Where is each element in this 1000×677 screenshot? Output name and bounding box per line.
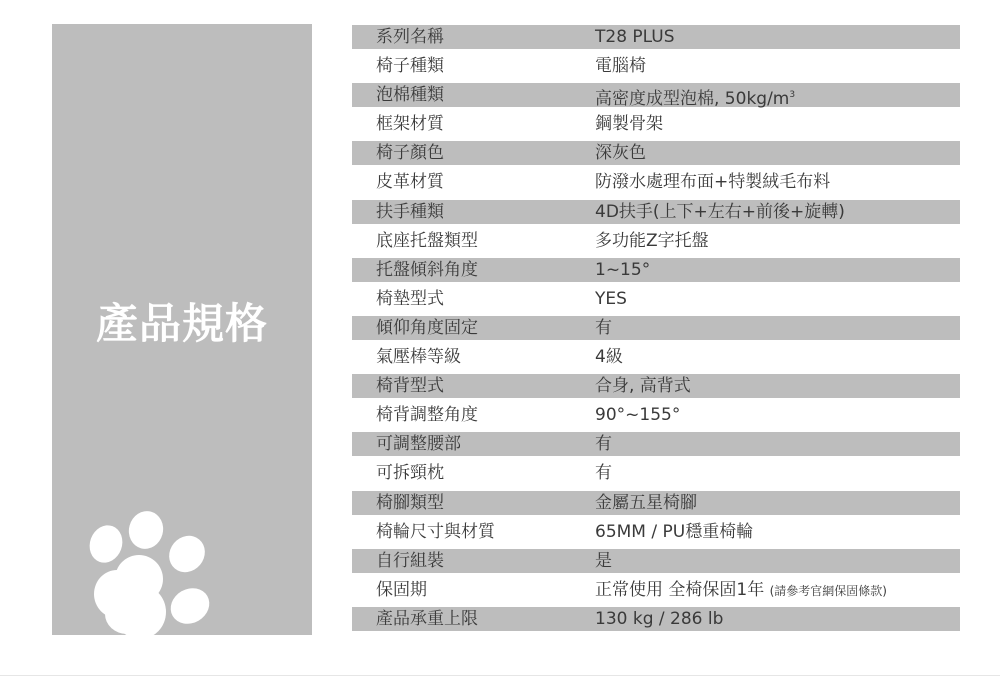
spec-row: 椅子種類電腦椅: [352, 54, 960, 83]
spec-value-text: 1~15°: [595, 260, 650, 280]
spec-value: 合身, 高背式: [595, 374, 691, 398]
spec-label: 托盤傾斜角度: [376, 258, 478, 282]
side-panel: 產品規格: [52, 24, 312, 635]
spec-row: 皮革材質防潑水處理布面+特製絨毛布料: [352, 170, 960, 199]
spec-value: 有: [595, 316, 612, 340]
spec-row: 產品承重上限130 kg / 286 lb: [352, 607, 960, 636]
spec-label: 椅背調整角度: [376, 403, 478, 427]
spec-label: 椅背型式: [376, 374, 444, 398]
spec-label: 氣壓棒等級: [376, 345, 461, 369]
spec-value: 4級: [595, 345, 623, 369]
spec-value-text: 4級: [595, 347, 623, 367]
spec-value-text: 是: [595, 551, 612, 571]
spec-value-text: 電腦椅: [595, 56, 646, 76]
spec-value-text: 有: [595, 434, 612, 454]
spec-label: 椅墊型式: [376, 287, 444, 311]
spec-label: 底座托盤類型: [376, 229, 478, 253]
spec-value: 防潑水處理布面+特製絨毛布料: [595, 170, 830, 194]
spec-label: 可拆頸枕: [376, 461, 444, 485]
spec-value: 65MM / PU穩重椅輪: [595, 520, 753, 544]
spec-note: (請參考官網保固條款): [770, 584, 887, 598]
spec-value-text: YES: [595, 289, 627, 309]
paw-print-icon: [82, 504, 232, 644]
spec-label: 皮革材質: [376, 170, 444, 194]
spec-row: 椅墊型式YES: [352, 287, 960, 316]
spec-value: 1~15°: [595, 258, 650, 282]
spec-label: 椅腳類型: [376, 491, 444, 515]
spec-row: 底座托盤類型多功能Z字托盤: [352, 229, 960, 258]
spec-value: 深灰色: [595, 141, 646, 165]
spec-value-text: 多功能Z字托盤: [595, 231, 709, 251]
spec-value: 130 kg / 286 lb: [595, 607, 723, 631]
spec-value-text: 深灰色: [595, 143, 646, 163]
spec-value: 鋼製骨架: [595, 112, 663, 136]
spec-row: 椅背調整角度90°~155°: [352, 403, 960, 432]
spec-row: 保固期正常使用 全椅保固1年 (請參考官網保固條款): [352, 578, 960, 607]
spec-row: 可調整腰部有: [352, 432, 960, 461]
section-title: 產品規格: [52, 296, 312, 352]
spec-label: 可調整腰部: [376, 432, 461, 456]
divider: [0, 675, 1000, 676]
spec-row: 托盤傾斜角度1~15°: [352, 258, 960, 287]
spec-label: 椅子顏色: [376, 141, 444, 165]
spec-value-text: T28 PLUS: [595, 27, 675, 47]
spec-label: 椅子種類: [376, 54, 444, 78]
spec-row: 可拆頸枕有: [352, 461, 960, 490]
spec-value-text: 65MM / PU穩重椅輪: [595, 522, 753, 542]
spec-row: 椅背型式合身, 高背式: [352, 374, 960, 403]
spec-label: 框架材質: [376, 112, 444, 136]
spec-value-text: 鋼製骨架: [595, 114, 663, 134]
spec-row: 系列名稱T28 PLUS: [352, 25, 960, 54]
spec-value: 正常使用 全椅保固1年 (請參考官網保固條款): [595, 578, 887, 602]
spec-row: 椅子顏色深灰色: [352, 141, 960, 170]
spec-value: 金屬五星椅腳: [595, 491, 697, 515]
spec-row: 框架材質鋼製骨架: [352, 112, 960, 141]
spec-label: 保固期: [376, 578, 427, 602]
spec-label: 扶手種類: [376, 200, 444, 224]
spec-value-text: 高密度成型泡棉, 50kg/m: [595, 89, 789, 109]
spec-value-text: 4D扶手(上下+左右+前後+旋轉): [595, 202, 845, 222]
spec-table: 系列名稱T28 PLUS椅子種類電腦椅泡棉種類高密度成型泡棉, 50kg/m3框…: [352, 25, 960, 636]
spec-label: 自行組裝: [376, 549, 444, 573]
superscript: 3: [789, 90, 795, 100]
spec-label: 產品承重上限: [376, 607, 478, 631]
spec-value: YES: [595, 287, 627, 311]
spec-value: 電腦椅: [595, 54, 646, 78]
spec-row: 泡棉種類高密度成型泡棉, 50kg/m3: [352, 83, 960, 112]
spec-row: 椅輪尺寸與材質65MM / PU穩重椅輪: [352, 520, 960, 549]
spec-value: T28 PLUS: [595, 25, 675, 49]
spec-label: 椅輪尺寸與材質: [376, 520, 495, 544]
spec-value: 是: [595, 549, 612, 573]
spec-value-text: 130 kg / 286 lb: [595, 609, 723, 629]
spec-value-text: 防潑水處理布面+特製絨毛布料: [595, 172, 830, 192]
spec-label: 系列名稱: [376, 25, 444, 49]
spec-row: 扶手種類4D扶手(上下+左右+前後+旋轉): [352, 200, 960, 229]
spec-row: 自行組裝是: [352, 549, 960, 578]
spec-label: 泡棉種類: [376, 83, 444, 107]
spec-value: 多功能Z字托盤: [595, 229, 709, 253]
spec-value: 90°~155°: [595, 403, 680, 427]
spec-value-text: 正常使用 全椅保固1年: [595, 580, 770, 600]
spec-value-text: 有: [595, 318, 612, 338]
spec-row: 氣壓棒等級4級: [352, 345, 960, 374]
spec-value: 有: [595, 461, 612, 485]
spec-row: 傾仰角度固定有: [352, 316, 960, 345]
spec-value: 高密度成型泡棉, 50kg/m3: [595, 83, 795, 107]
spec-row: 椅腳類型金屬五星椅腳: [352, 491, 960, 520]
spec-value-text: 有: [595, 463, 612, 483]
spec-value-text: 金屬五星椅腳: [595, 493, 697, 513]
spec-value-text: 合身, 高背式: [595, 376, 691, 396]
spec-value: 有: [595, 432, 612, 456]
spec-value: 4D扶手(上下+左右+前後+旋轉): [595, 200, 845, 224]
spec-label: 傾仰角度固定: [376, 316, 478, 340]
spec-value-text: 90°~155°: [595, 405, 680, 425]
